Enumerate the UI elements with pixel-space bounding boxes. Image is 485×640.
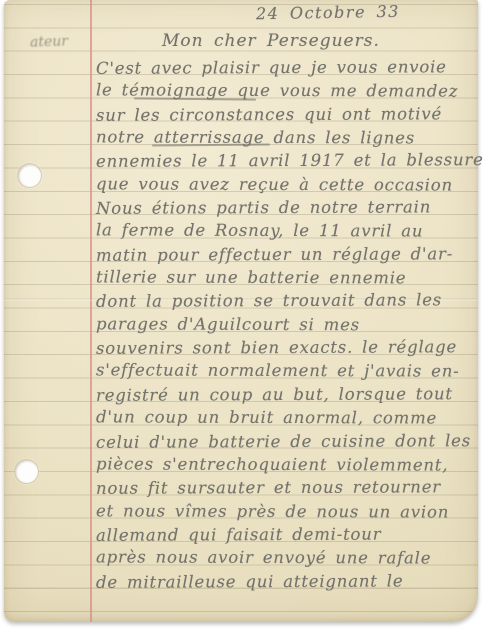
- handwritten-line: parages d'Aguilcourt si mes: [96, 312, 476, 337]
- handwritten-line: sur les circonstances qui ont motivé: [96, 102, 476, 127]
- handwritten-line: C'est avec plaisir que je vous envoie: [96, 55, 476, 80]
- handwritten-line: tillerie sur une batterie ennemie: [96, 265, 476, 290]
- handwritten-line: matin pour effectuer un réglage d'ar-: [96, 242, 476, 267]
- handwritten-line: de mitrailleuse qui atteignant le: [96, 569, 476, 594]
- letter-body: C'est avec plaisir que je vous envoie le…: [96, 56, 476, 593]
- handwritten-line: d'un coup un bruit anormal, comme: [96, 405, 476, 430]
- punch-hole-bottom: [15, 460, 38, 483]
- letter-page: ateur 24 Octobre 33 Mon cher Perseguers.…: [4, 0, 478, 622]
- salutation: Mon cher Perseguers.: [162, 31, 380, 51]
- letter-date: 24 Octobre 33: [256, 2, 400, 24]
- handwritten-line: et nous vîmes près de nous un avion: [96, 499, 476, 524]
- handwritten-line: le témoignage que vous me demandez: [96, 79, 476, 104]
- handwritten-line: celui d'une batterie de cuisine dont les: [96, 429, 476, 454]
- punch-hole-top: [18, 164, 41, 187]
- handwritten-line: pièces s'entrechoquaient violemment,: [96, 452, 476, 477]
- handwritten-line: que vous avez reçue à cette occasion: [96, 172, 476, 197]
- handwritten-line: allemand qui faisait demi-tour: [96, 522, 476, 547]
- scanned-letter: ateur 24 Octobre 33 Mon cher Perseguers.…: [0, 0, 485, 640]
- margin-bleedthrough-note: ateur: [30, 33, 69, 50]
- handwritten-line: Nous étions partis de notre terrain: [96, 195, 476, 220]
- handwritten-line: dont la position se trouvait dans les: [96, 289, 476, 314]
- handwritten-line: notre atterrissage dans les lignes: [96, 125, 476, 150]
- handwritten-line: s'effectuait normalement et j'avais en-: [96, 359, 476, 384]
- handwritten-line: la ferme de Rosnay, le 11 avril au: [96, 219, 476, 244]
- handwritten-line: nous fit sursauter et nous retourner: [96, 475, 476, 500]
- handwritten-line: registré un coup au but, lorsque tout: [96, 382, 476, 407]
- handwritten-line: ennemies le 11 avril 1917 et la blessure: [96, 149, 476, 174]
- handwritten-line: après nous avoir envoyé une rafale: [96, 546, 476, 571]
- handwritten-line: souvenirs sont bien exacts. le réglage: [96, 335, 476, 360]
- red-margin-line: [90, 0, 92, 622]
